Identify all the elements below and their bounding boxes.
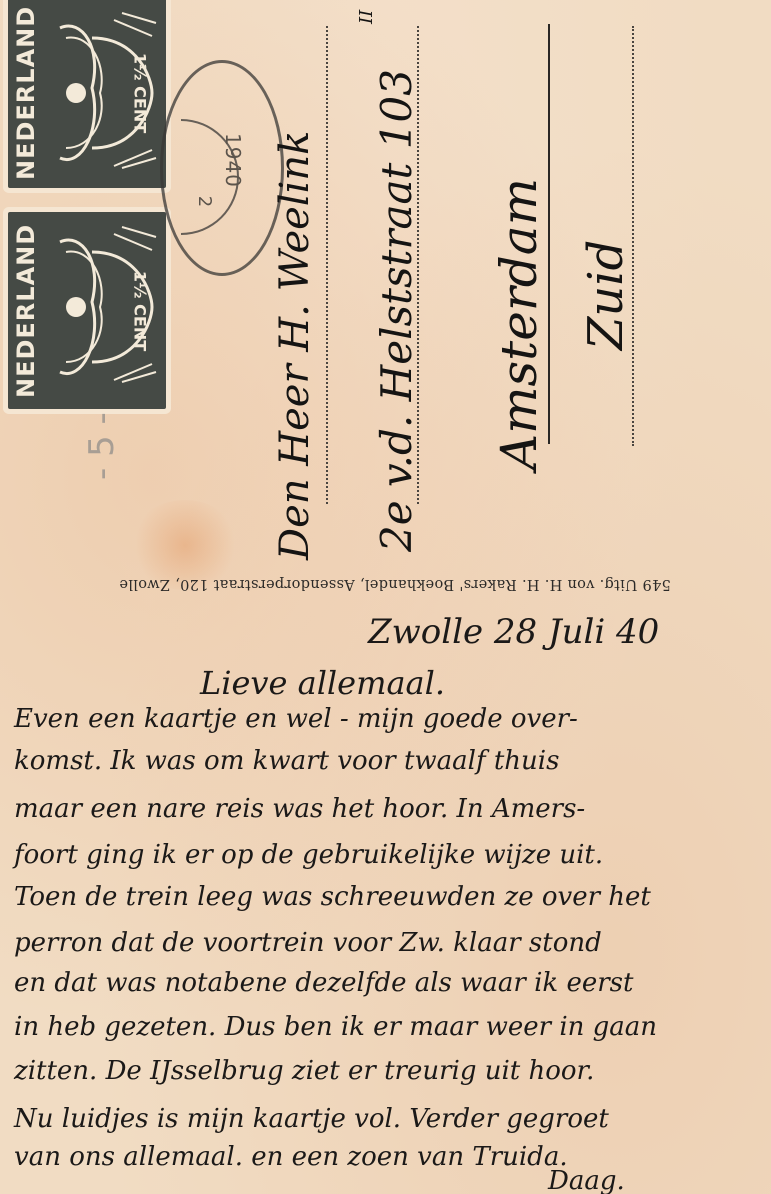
address-guide-line	[326, 26, 328, 504]
message-line: zitten. De IJsselbrug ziet er treurig ui…	[14, 1056, 594, 1086]
message-line: perron dat de voortrein voor Zw. klaar s…	[14, 928, 602, 958]
message-line: maar een nare reis was het hoor. In Amer…	[14, 794, 585, 824]
postage-stamp: NEDERLAND 1½ CENT	[8, 212, 166, 409]
address-city: Amsterdam	[490, 178, 548, 470]
message-line: komst. Ik was om kwart voor twaalf thuis	[14, 746, 559, 776]
stamp-country-label: NEDERLAND	[12, 218, 46, 403]
message-line: Even een kaartje en wel - mijn goede ove…	[14, 704, 578, 734]
publisher-imprint: 549 Uitg. von H. H. Rakers' Boekhandel, …	[50, 576, 740, 592]
message-line: en dat was notabene dezelfde als waar ik…	[14, 968, 633, 998]
stamp-value-label: 1½ CENT	[131, 270, 150, 350]
address-guide-line	[632, 26, 634, 446]
message-line: Toen de trein leeg was schreeuwden ze ov…	[14, 882, 651, 912]
message-line: foort ging ik er op de gebruikelijke wij…	[14, 840, 603, 870]
message-greeting: Lieve allemaal.	[200, 664, 445, 702]
stamp-country-label: NEDERLAND	[12, 4, 46, 182]
message-line: van ons allemaal. en een zoen van Truida…	[14, 1142, 568, 1172]
postage-stamp: NEDERLAND 1½ CENT	[8, 0, 166, 188]
message-signature: Daag.	[548, 1166, 625, 1194]
postmark-day: 2	[194, 196, 215, 207]
address-street: 2e v.d. Helststraat 103	[372, 69, 421, 552]
postmark-year: 1940	[221, 133, 245, 188]
address-district: Zuid	[578, 240, 634, 350]
addressee-name: Den Heer H. Weelink	[272, 131, 318, 560]
postmark: 2 1940	[160, 60, 284, 276]
address-underline	[548, 24, 550, 444]
stamp-value-label: 1½ CENT	[131, 53, 150, 133]
postcard-back: NEDERLAND 1½ CENT NEDERLAND 1½ CENT 2 19…	[0, 0, 771, 1194]
message-line: in heb gezeten. Dus ben ik er maar weer …	[14, 1012, 657, 1042]
pencil-mark: - 5 -	[82, 412, 122, 480]
message-line: Nu luidjes is mijn kaartje vol. Verder g…	[14, 1104, 609, 1134]
corner-mark: II	[356, 10, 377, 24]
message-date: Zwolle 28 Juli 40	[368, 612, 659, 652]
